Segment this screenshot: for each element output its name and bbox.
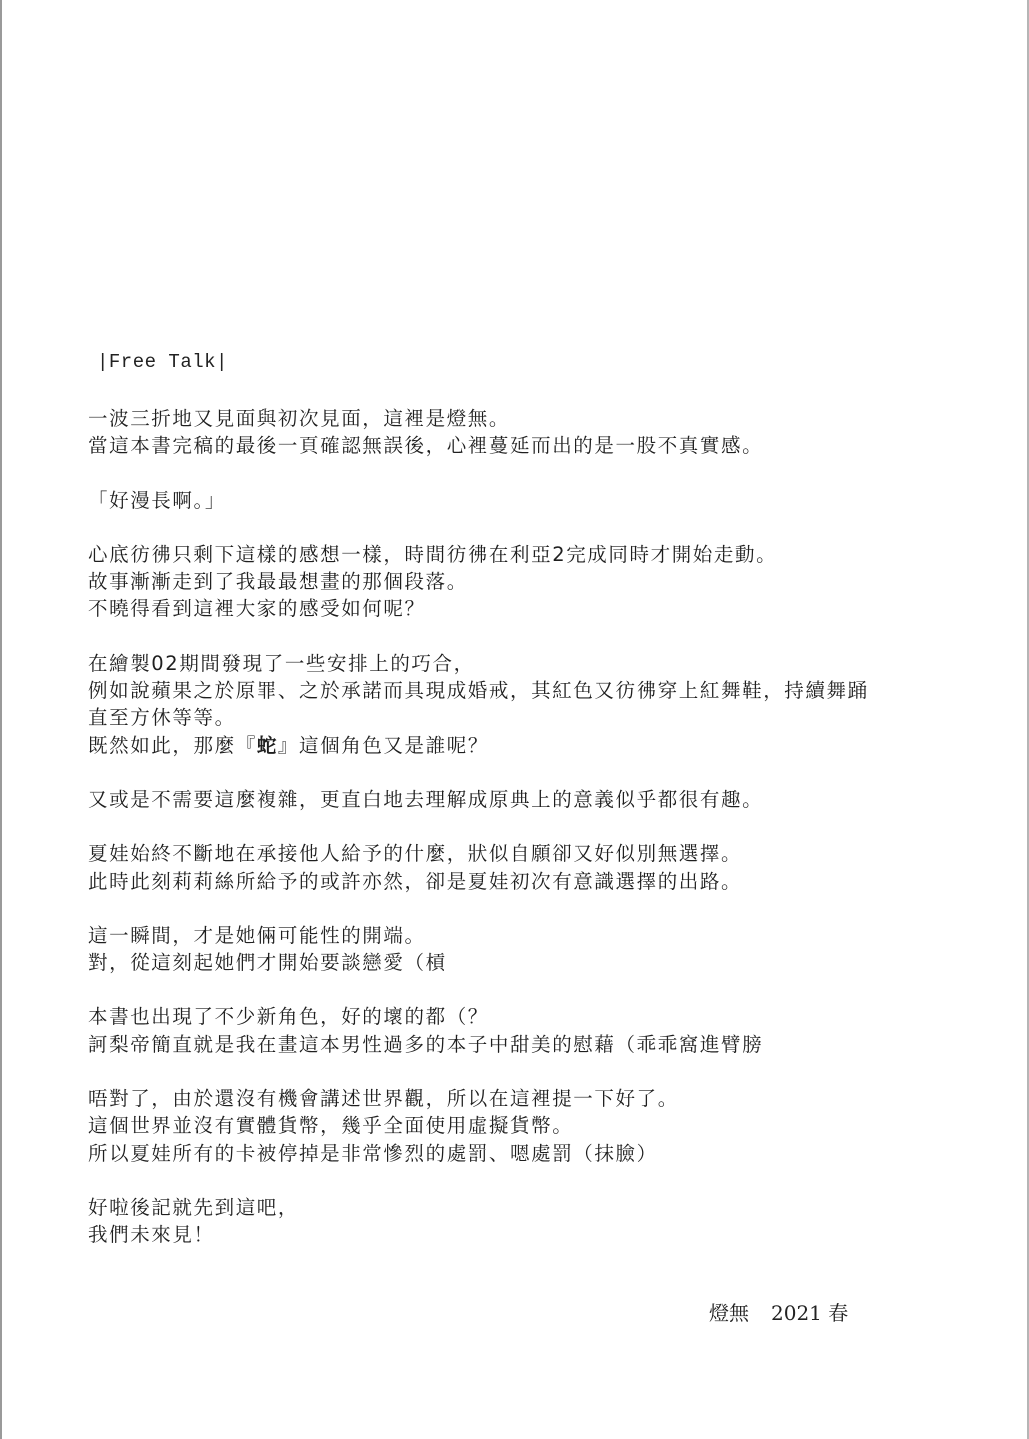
paragraph-new-characters: 本書也出現了不少新角色，好的壞的都（？ 訶梨帝簡直就是我在畫這本男性過多的本子中… [88,1003,968,1058]
text-line: 不曉得看到這裡大家的感受如何呢？ [88,595,968,622]
text-line: 又或是不需要這麼複雜，更直白地去理解成原典上的意義似乎都很有趣。 [88,786,968,813]
signature: 燈無2021 春 [709,1297,848,1326]
text-line: 所以夏娃所有的卡被停掉是非常慘烈的處罰、嗯處罰（抹臉） [88,1140,968,1167]
text-fragment: 既然如此，那麼『 [88,734,257,757]
text-line: 這一瞬間，才是她倆可能性的開端。 [88,922,968,949]
paragraph-eve: 夏娃始終不斷地在承接他人給予的什麼，狀似自願卻又好似別無選擇。 此時此刻莉莉絲所… [88,840,968,895]
text-line: 這個世界並沒有實體貨幣，幾乎全面使用虛擬貨幣。 [88,1112,968,1139]
text-fragment: 』這個角色又是誰呢？ [278,734,489,757]
text-line: 好啦後記就先到這吧， [88,1194,968,1221]
paragraph-greeting: 一波三折地又見面與初次見面，這裡是燈無。 當這本書完稿的最後一頁確認無誤後，心裡… [88,405,968,460]
text-line: 唔對了，由於還沒有機會講述世界觀，所以在這裡提一下好了。 [88,1085,968,1112]
text-line: 直至方休等等。 [88,704,968,731]
text-line: 故事漸漸走到了我最最想畫的那個段落。 [88,568,968,595]
author-name: 燈無 [709,1301,749,1325]
free-talk-heading: |Free Talk| [97,351,228,373]
paragraph-worldbuilding: 唔對了，由於還沒有機會講述世界觀，所以在這裡提一下好了。 這個世界並沒有實體貨幣… [88,1085,968,1167]
paragraph-coincidences: 在繪製02期間發現了一些安排上的巧合， 例如說蘋果之於原罪、之於承諾而具現成婚戒… [88,650,968,759]
paragraph-quote: 「好漫長啊。」 [88,487,968,514]
text-line: 此時此刻莉莉絲所給予的或許亦然，卻是夏娃初次有意識選擇的出路。 [88,868,968,895]
paragraph-beginning: 這一瞬間，才是她倆可能性的開端。 對，從這刻起她們才開始要談戀愛（槓 [88,922,968,977]
text-line: 一波三折地又見面與初次見面，這裡是燈無。 [88,405,968,432]
text-line: 訶梨帝簡直就是我在畫這本男性過多的本子中甜美的慰藉（乖乖窩進臂膀 [88,1031,968,1058]
paragraph-feelings: 心底彷彿只剩下這樣的感想一樣，時間彷彿在利亞2完成同時才開始走動。 故事漸漸走到… [88,541,968,623]
emphasized-word: 蛇 [257,734,278,757]
text-line: 「好漫長啊。」 [88,487,968,514]
afterword-body: 一波三折地又見面與初次見面，這裡是燈無。 當這本書完稿的最後一頁確認無誤後，心裡… [88,405,968,1276]
text-line: 例如說蘋果之於原罪、之於承諾而具現成婚戒，其紅色又彷彿穿上紅舞鞋，持續舞踊 [88,677,968,704]
text-line: 本書也出現了不少新角色，好的壞的都（？ [88,1003,968,1030]
text-line: 當這本書完稿的最後一頁確認無誤後，心裡蔓延而出的是一股不真實感。 [88,432,968,459]
text-line: 既然如此，那麼『蛇』這個角色又是誰呢？ [88,732,968,759]
text-line: 對，從這刻起她們才開始要談戀愛（槓 [88,949,968,976]
paragraph-farewell: 好啦後記就先到這吧， 我們未來見！ [88,1194,968,1249]
text-line: 心底彷彿只剩下這樣的感想一樣，時間彷彿在利亞2完成同時才開始走動。 [88,541,968,568]
signature-date: 2021 春 [771,1301,848,1325]
paragraph-interpretation: 又或是不需要這麼複雜，更直白地去理解成原典上的意義似乎都很有趣。 [88,786,968,813]
text-line: 夏娃始終不斷地在承接他人給予的什麼，狀似自願卻又好似別無選擇。 [88,840,968,867]
document-page: |Free Talk| 一波三折地又見面與初次見面，這裡是燈無。 當這本書完稿的… [0,0,1029,1439]
text-line: 在繪製02期間發現了一些安排上的巧合， [88,650,968,677]
text-line: 我們未來見！ [88,1221,968,1248]
